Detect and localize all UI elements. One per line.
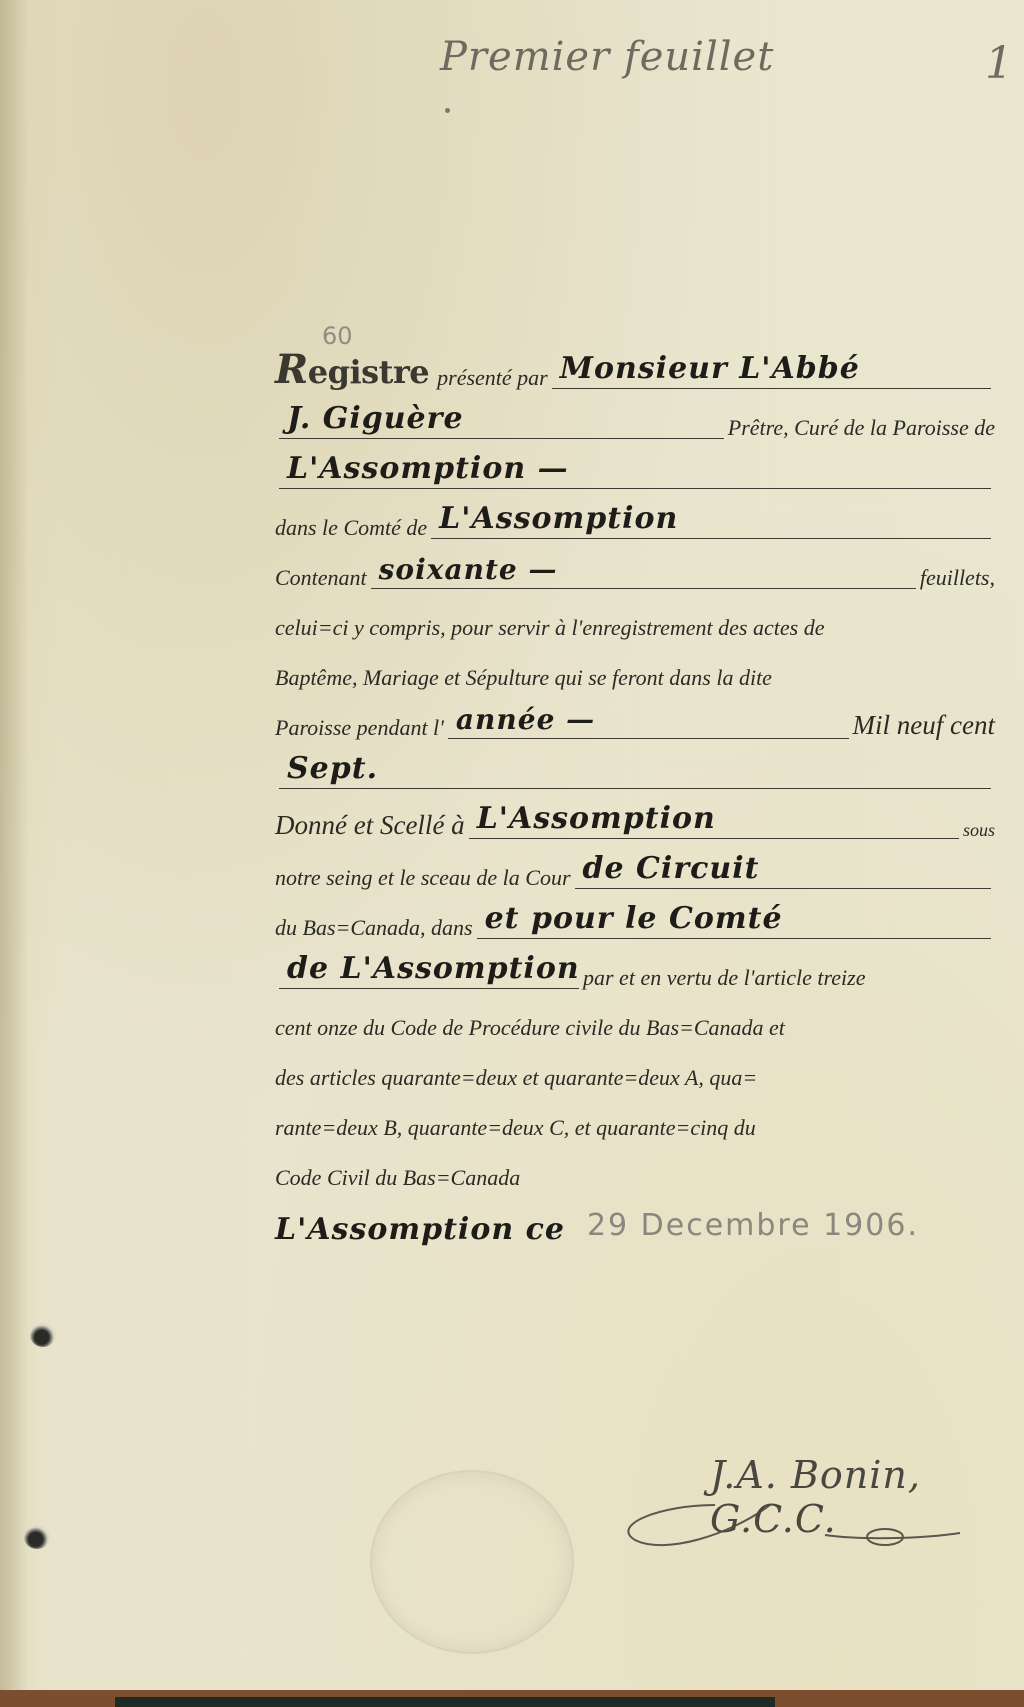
signature: J.A. Bonin, G.C.C. [710,1453,990,1541]
printed-text: dans le Comté de [275,515,427,545]
printed-text: Contenant [275,565,367,595]
form-line-court: notre seing et le sceau de la Cour de Ci… [275,845,995,895]
form-line-articles: des articles quarante=deux et quarante=d… [275,1045,995,1095]
closing-place: L'Assomption ce [275,1212,565,1251]
form-line-county: dans le Comté de L'Assomption [275,495,995,545]
form-line-leaf-count: Contenant soixante — feuillets, [275,545,995,595]
printed-text: Mil neuf cent [853,710,995,745]
form-line-given-sealed: Donné et Scellé à L'Assomption sous [275,795,995,845]
handwritten-value: L'Assomption — [287,451,569,486]
binding-shadow [0,0,40,1690]
form-line-purpose: celui=ci y compris, pour servir à l'enre… [275,595,995,645]
handwritten-value: de Circuit [583,851,760,886]
printed-text: notre seing et le sceau de la Cour [275,865,571,895]
form-line-parish: L'Assomption — [275,445,995,495]
form-line-year-value: Sept. [275,745,995,795]
blank-leaf-count: soixante — [371,554,916,589]
handwritten-value: soixante — [379,553,558,586]
blank-priest-name: J. Giguère [279,404,724,439]
blank-sealed-place: L'Assomption [469,804,959,839]
printed-text: Code Civil du Bas=Canada [275,1165,520,1195]
page-number: 1 [985,38,1013,89]
closing-line: L'Assomption ce 29 Decembre 1906. [275,1195,995,1251]
form-line-county-authority: de L'Assomption par et en vertu de l'art… [275,945,995,995]
printed-text: Donné et Scellé à [275,810,465,845]
form-line-civil-code: Code Civil du Bas=Canada [275,1145,995,1195]
printed-text: présenté par [437,365,548,395]
ink-spot [445,108,450,113]
printed-text: Paroisse pendant l' [275,715,444,745]
blank-presenter-title: Monsieur L'Abbé [552,354,991,389]
register-certificate-form: Registre Registre présenté par Monsieur … [275,345,995,1251]
handwritten-value: de L'Assomption [287,951,580,986]
form-line-acts: Baptême, Mariage et Sépulture qui se fer… [275,645,995,695]
blank-county-authority: de L'Assomption [279,954,579,989]
form-line-presented-by: Registre Registre présenté par Monsieur … [275,345,995,395]
form-line-year: Paroisse pendant l' année — Mil neuf cen… [275,695,995,745]
form-line-priest-name: J. Giguère Prêtre, Curé de la Paroisse d… [275,395,995,445]
signature-block: J.A. Bonin, G.C.C. [620,1435,990,1555]
printed-text: cent onze du Code de Procédure civile du… [275,1015,785,1045]
printed-text: du Bas=Canada, dans [275,915,473,945]
handwritten-value: année — [456,703,595,736]
handwritten-value: Sept. [287,751,378,786]
blank-court: de Circuit [575,854,991,889]
printed-text: des articles quarante=deux et quarante=d… [275,1065,757,1095]
blank-county: L'Assomption [431,504,991,539]
register-page: Premier feuillet 1 60 Registre Registre … [0,0,1024,1690]
handwritten-value: Monsieur L'Abbé [560,351,860,386]
blank-parish: L'Assomption — [279,454,991,489]
handwritten-value: et pour le Comté [485,901,783,936]
printed-text: par et en vertu de l'article treize [583,965,865,995]
printed-text: rante=deux B, quarante=deux C, et quaran… [275,1115,756,1145]
printed-text: sous [963,820,995,845]
punch-hole [24,1525,50,1549]
punch-hole [30,1323,56,1347]
handwritten-value: J. Giguère [287,401,464,436]
blank-year-label: année — [448,704,849,739]
embossed-seal [370,1470,574,1654]
printed-text: celui=ci y compris, pour servir à l'enre… [275,615,824,645]
form-line-district: du Bas=Canada, dans et pour le Comté [275,895,995,945]
handwritten-value: L'Assomption [477,801,716,836]
book-cloth-binding [115,1697,775,1707]
printed-text: Prêtre, Curé de la Paroisse de [728,415,995,445]
header-note: Premier feuillet [440,34,774,80]
printed-text: feuillets, [920,565,995,595]
form-title: Registre [275,346,429,395]
closing-date: 29 Decembre 1906. [587,1208,919,1251]
handwritten-value: L'Assomption [439,501,678,536]
blank-year-value: Sept. [279,754,991,789]
form-line-code-procedure: cent onze du Code de Procédure civile du… [275,995,995,1045]
blank-district: et pour le Comté [477,904,991,939]
form-line-articles-cont: rante=deux B, quarante=deux C, et quaran… [275,1095,995,1145]
printed-text: Baptême, Mariage et Sépulture qui se fer… [275,665,772,695]
